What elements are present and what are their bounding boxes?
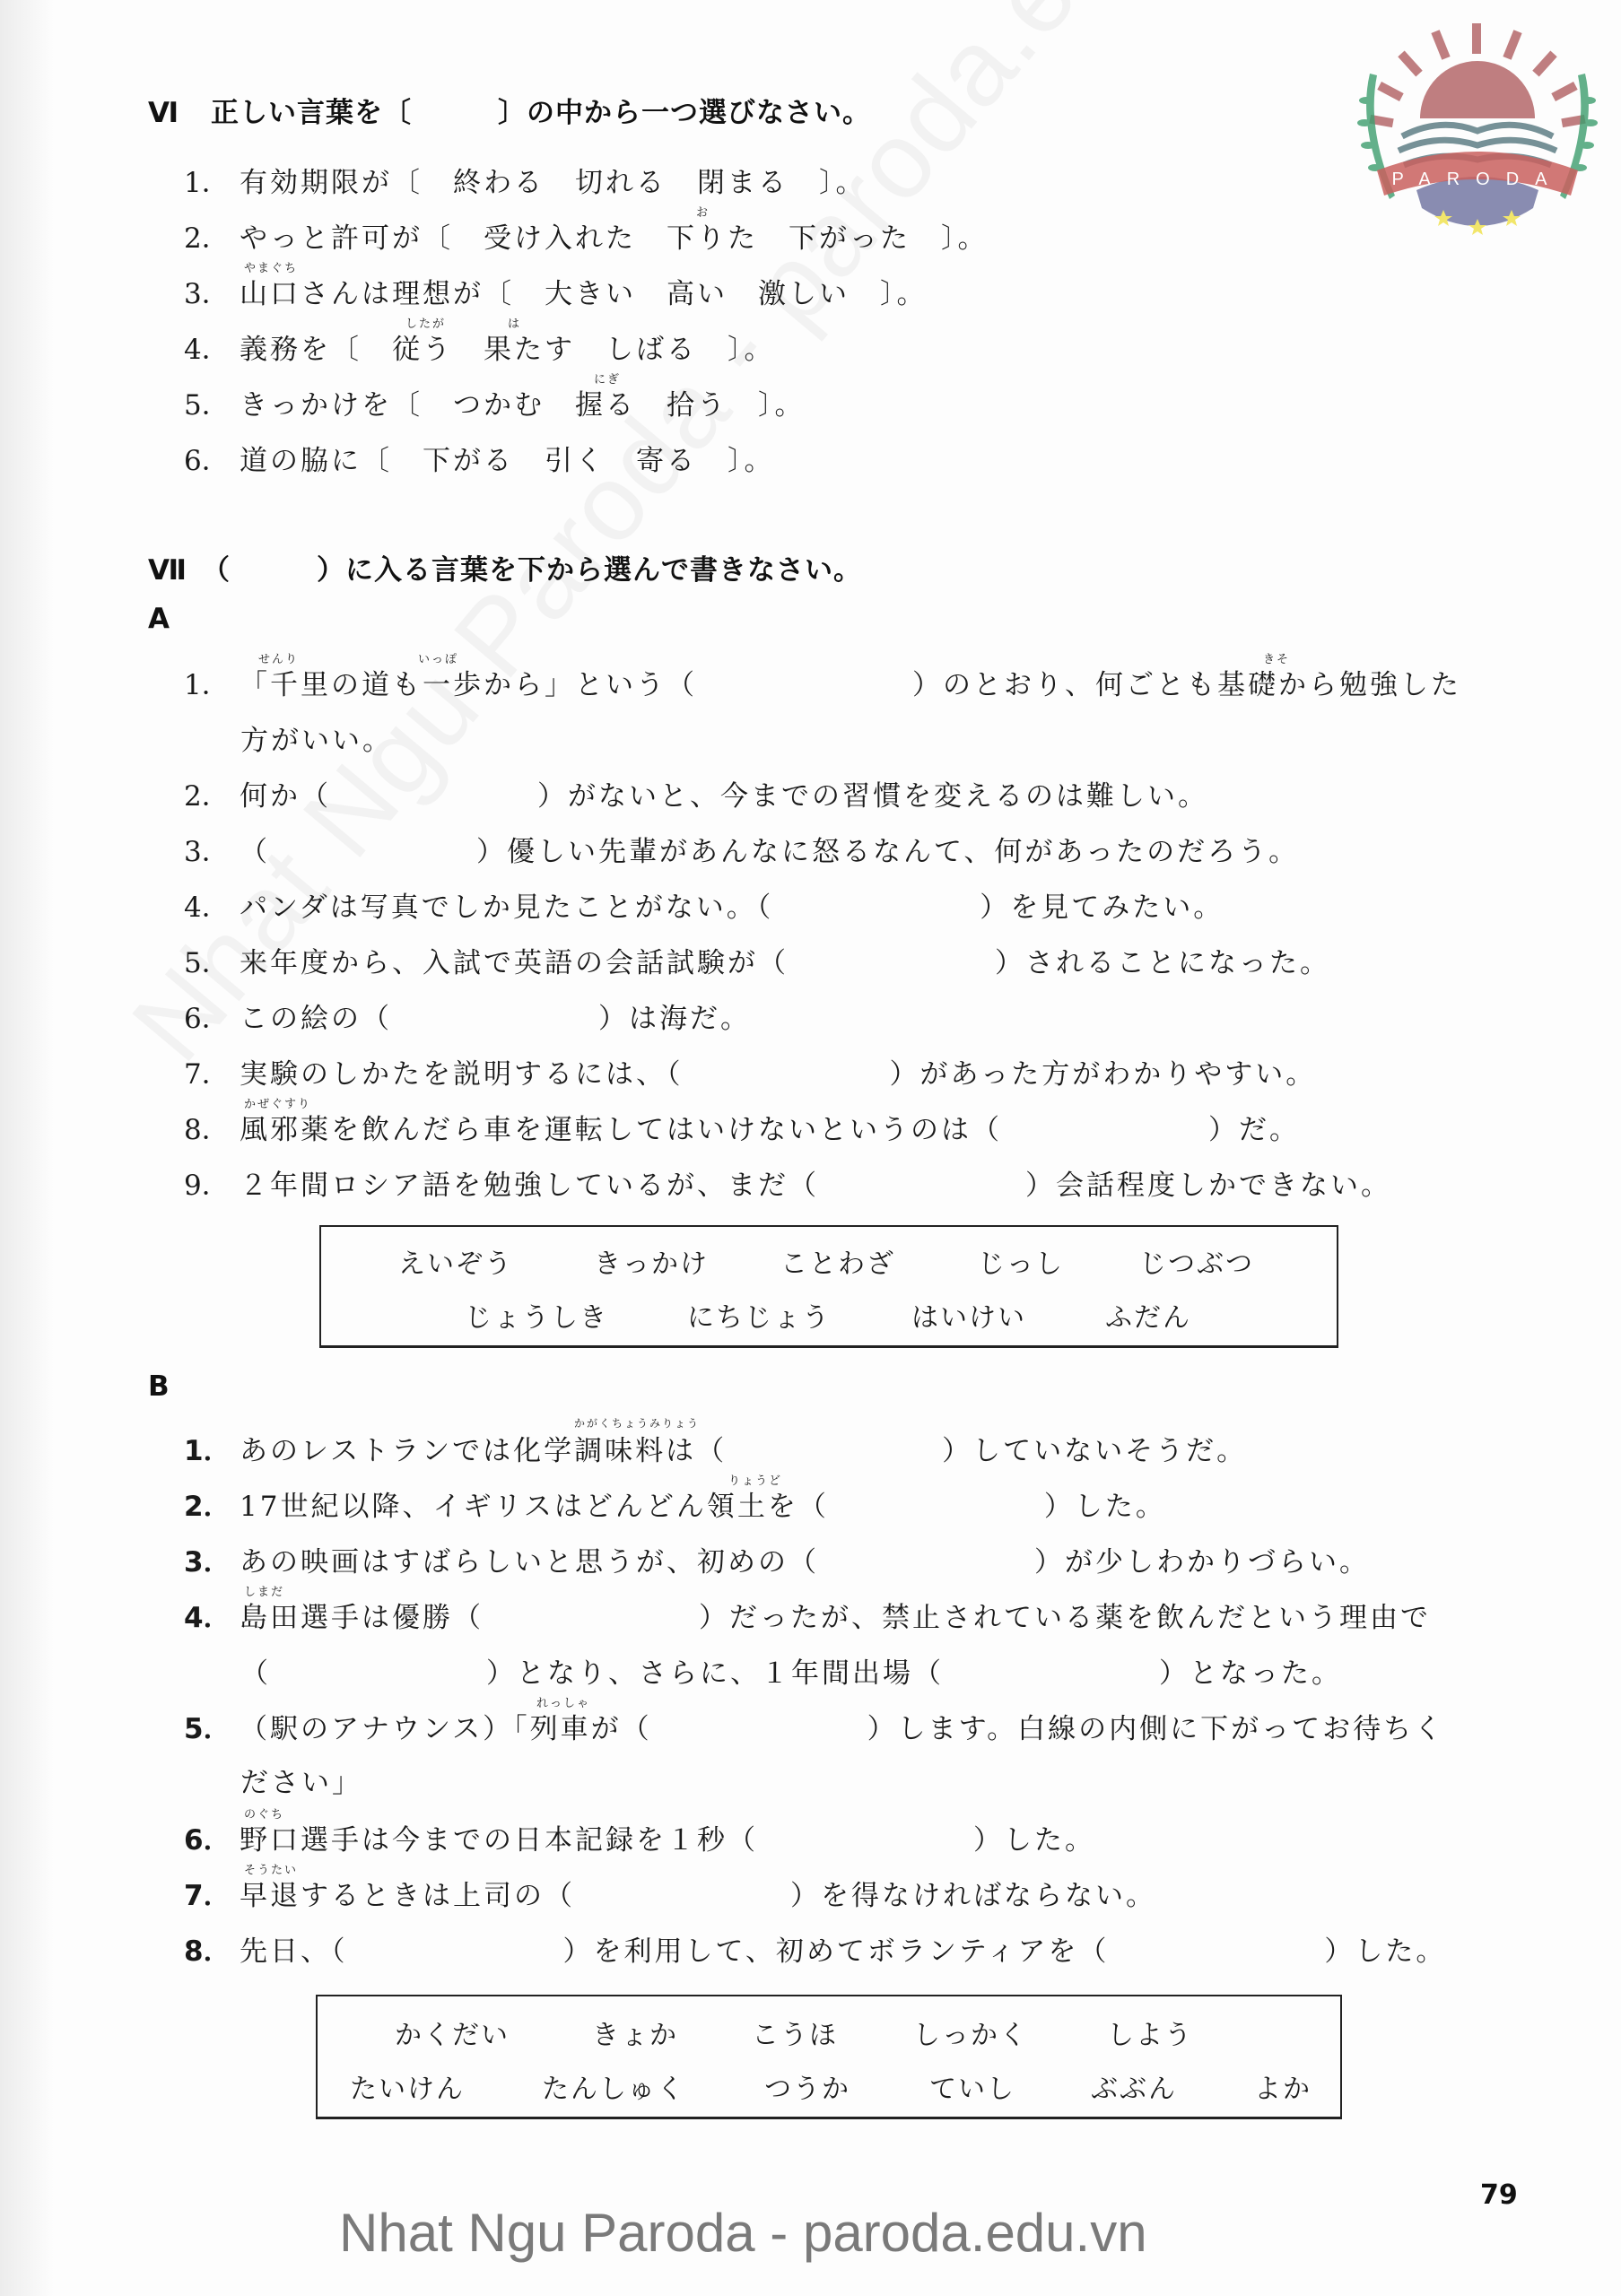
s6-item-4: 4．義務を〔 従う 果たす しばる 〕。 [184, 326, 775, 367]
section-6-title: Ⅵ正しい言葉を〔 〕の中から一つ選びなさい。 [148, 90, 871, 130]
part-a-label: A [148, 603, 170, 635]
a-item-5: 5．来年度から、入試で英語の会話試験が（）されることになった。 [184, 940, 1330, 980]
word-bank-a-row-2: じょうしき にちじょう はいけい ふだん [0, 1295, 1621, 1331]
a-item-9: 9．２年間ロシア語を勉強しているが、まだ（）会話程度しかできない。 [184, 1162, 1391, 1203]
a-item-1: 1．「千里の道も一歩から」という（）のとおり、何ごとも基礎から勉強した [184, 662, 1461, 702]
word-bank-b-row-2: たいけん たんしゅく つうか ていし ぶぶん よか [0, 2066, 1621, 2102]
section-7-title: Ⅶ（ ）に入る言葉を下から選んで書きなさい。 [148, 547, 862, 587]
section-7-number: Ⅶ [148, 554, 202, 587]
word-option: きょか [592, 2013, 678, 2052]
word-option: じょうしき [465, 1295, 608, 1335]
word-option: きっかけ [594, 1241, 709, 1281]
a-item-1-continued: 方がいい。 [240, 717, 393, 758]
b-item-2: 2．17世紀以降、イギリスはどんどん領土を（）した。 [184, 1483, 1166, 1524]
b-item-6: 6．野口選手は今までの日本記録を１秒（）した。 [184, 1817, 1095, 1857]
a-item-7: 7．実験のしかたを説明するには、（）があった方がわかりやすい。 [184, 1051, 1316, 1091]
b-item-1: 1．あのレストランでは化学調味料は（）していないそうだ。 [184, 1428, 1247, 1468]
s6-item-5: 5．きっかけを〔 つかむ 握る 拾う 〕。 [184, 382, 806, 422]
a-item-2: 2．何か（）がないと、今までの習慣を変えるのは難しい。 [184, 773, 1208, 813]
word-option: しっかく [913, 2013, 1028, 2052]
word-option: しよう [1107, 2013, 1193, 2052]
word-option: じっし [978, 1241, 1064, 1281]
word-option: はいけい [911, 1295, 1026, 1335]
b-item-3: 3．あの映画はすばらしいと思うが、初めの（）が少しわかりづらい。 [184, 1539, 1370, 1579]
word-option: ぶぶん [1091, 2066, 1177, 2106]
a-item-6: 6．この絵の（）は海だ。 [184, 996, 751, 1036]
word-option: にちじょう [687, 1295, 831, 1335]
word-option: たいけん [350, 2066, 465, 2106]
word-option: よか [1254, 2066, 1312, 2106]
word-option: たんしゅく [542, 2066, 685, 2106]
s6-item-3: 3．山口さんは理想が〔 大きい 高い 激しい 〕。 [184, 271, 928, 311]
b-item-4-continued: （）となり、さらに、１年間出場（）となった。 [240, 1650, 1342, 1691]
b-item-7: 7．早退するときは上司の（）を得なければならない。 [184, 1873, 1156, 1913]
word-option: えいぞう [398, 1241, 513, 1281]
a-item-3: 3．（）優しい先輩があんなに怒るなんて、何があったのだろう。 [184, 829, 1299, 869]
svg-text:PARODA: PARODA [1392, 170, 1564, 189]
word-option: かくだい [395, 2013, 510, 2052]
word-bank-b-row-1: かくだい きょか こうほ しっかく しよう [0, 2013, 1621, 2048]
page-edge-shadow [0, 0, 54, 2296]
paroda-logo-icon: PARODA [1350, 20, 1606, 244]
a-item-4: 4．パンダは写真でしか見たことがない。（）を見てみたい。 [184, 884, 1224, 925]
word-option: ふだん [1105, 1295, 1191, 1335]
b-item-5-continued: ださい」 [240, 1760, 362, 1800]
section-7-instruction: （ ）に入る言葉を下から選んで書きなさい。 [202, 554, 862, 587]
word-option: こうほ [752, 2013, 838, 2052]
b-item-4: 4．島田選手は優勝（）だったが、禁止されている薬を飲んだという理由で [184, 1595, 1431, 1635]
s6-item-2: 2．やっと許可が〔 受け入れた 下りた 下がった 〕。 [184, 215, 989, 256]
section-6-instruction: 正しい言葉を〔 〕の中から一つ選びなさい。 [211, 97, 871, 129]
footer-watermark: Nhat Ngu Paroda - paroda.edu.vn [339, 2202, 1147, 2264]
s6-item-1: 1．有効期限が〔 終わる 切れる 閉まる 〕。 [184, 160, 867, 200]
section-6-number: Ⅵ [148, 97, 211, 129]
page-number: 79 [1480, 2179, 1518, 2211]
part-b-label: B [148, 1370, 170, 1403]
word-option: ていし [929, 2066, 1015, 2106]
b-item-8: 8．先日、（）を利用して、初めてボランティアを（）した。 [184, 1928, 1446, 1969]
b-item-5: 5．（駅のアナウンス）「列車が（）します。白線の内側に下がってお待ちく [184, 1706, 1444, 1746]
word-bank-a-row-1: えいぞう きっかけ ことわざ じっし じつぶつ [0, 1241, 1621, 1277]
word-option: つうか [764, 2066, 850, 2106]
word-option: ことわざ [780, 1241, 895, 1281]
s6-item-6: 6．道の脇に〔 下がる 引く 寄る 〕。 [184, 438, 775, 478]
a-item-8: 8．風邪薬を飲んだら車を運転してはいけないというのは（）だ。 [184, 1107, 1300, 1147]
word-option: じつぶつ [1139, 1241, 1254, 1281]
